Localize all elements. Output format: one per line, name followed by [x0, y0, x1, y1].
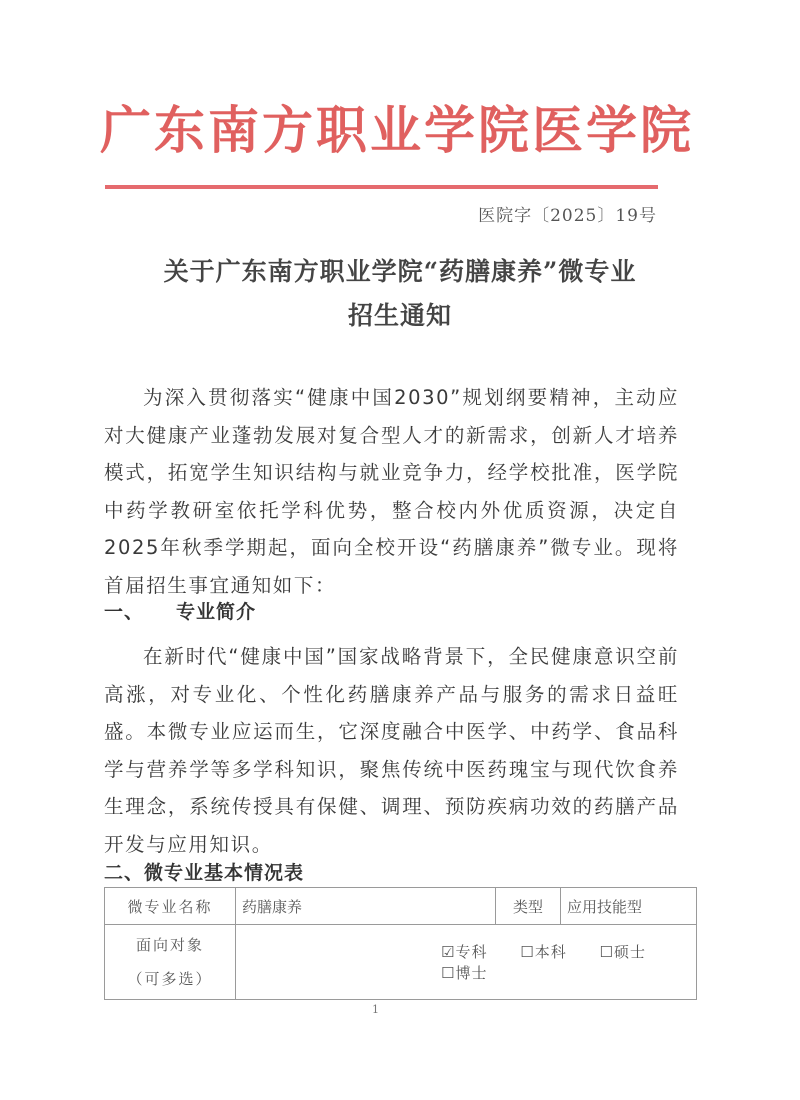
target-label: 面向对象	[111, 928, 229, 962]
checkbox-icon[interactable]: ☐	[600, 943, 614, 961]
notice-title-line2: 招生通知	[100, 296, 700, 332]
section1-text: 在新时代“健康中国”国家战略背景下，全民健康意识空前高涨，对专业化、个性化药膳康…	[104, 638, 679, 863]
target-label-note: （可多选）	[111, 962, 229, 996]
option-label: 本科	[535, 943, 567, 961]
section1-paragraph: 在新时代“健康中国”国家战略背景下，全民健康意识空前高涨，对专业化、个性化药膳康…	[104, 638, 679, 863]
table-row: 微专业名称 药膳康养 类型 应用技能型	[105, 888, 697, 925]
micro-major-info-table: 微专业名称 药膳康养 类型 应用技能型 面向对象 （可多选） ☑专科 ☐本科 ☐…	[104, 887, 697, 1000]
document-number: 医院字〔2025〕19号	[478, 201, 657, 226]
option-undergraduate[interactable]: ☐本科	[520, 941, 566, 962]
type-value-cell: 应用技能型	[561, 888, 697, 925]
checkbox-icon[interactable]: ☐	[520, 943, 534, 961]
intro-text: 为深入贯彻落实“健康中国2030”规划纲要精神，主动应对大健康产业蓬勃发展对复合…	[104, 379, 679, 604]
section2-heading: 二、微专业基本情况表	[104, 858, 304, 885]
section1-number: 一、	[104, 597, 176, 624]
target-options-cell: ☑专科 ☐本科 ☐硕士 ☐博士	[236, 925, 697, 1000]
option-doctor[interactable]: ☐博士	[441, 962, 487, 983]
section1-heading: 一、专业简介	[104, 597, 256, 624]
type-label-cell: 类型	[496, 888, 561, 925]
name-value-cell: 药膳康养	[236, 888, 496, 925]
option-junior-college[interactable]: ☑专科	[441, 941, 487, 962]
target-label-cell: 面向对象 （可多选）	[105, 925, 236, 1000]
red-divider-line	[105, 185, 658, 189]
masthead-title: 广东南方职业学院医学院	[100, 86, 660, 176]
intro-paragraph: 为深入贯彻落实“健康中国2030”规划纲要精神，主动应对大健康产业蓬勃发展对复合…	[104, 379, 679, 604]
option-label: 专科	[455, 943, 487, 961]
name-label-cell: 微专业名称	[105, 888, 236, 925]
checkbox-checked-icon[interactable]: ☑	[441, 943, 455, 961]
option-label: 博士	[455, 964, 487, 982]
notice-title-line1: 关于广东南方职业学院“药膳康养”微专业	[100, 252, 700, 288]
page-number: 1	[372, 1003, 379, 1016]
checkbox-icon[interactable]: ☐	[441, 964, 455, 982]
section1-title: 专业简介	[176, 601, 256, 623]
option-master[interactable]: ☐硕士	[600, 941, 646, 962]
table-row: 面向对象 （可多选） ☑专科 ☐本科 ☐硕士 ☐博士	[105, 925, 697, 1000]
option-label: 硕士	[614, 943, 646, 961]
